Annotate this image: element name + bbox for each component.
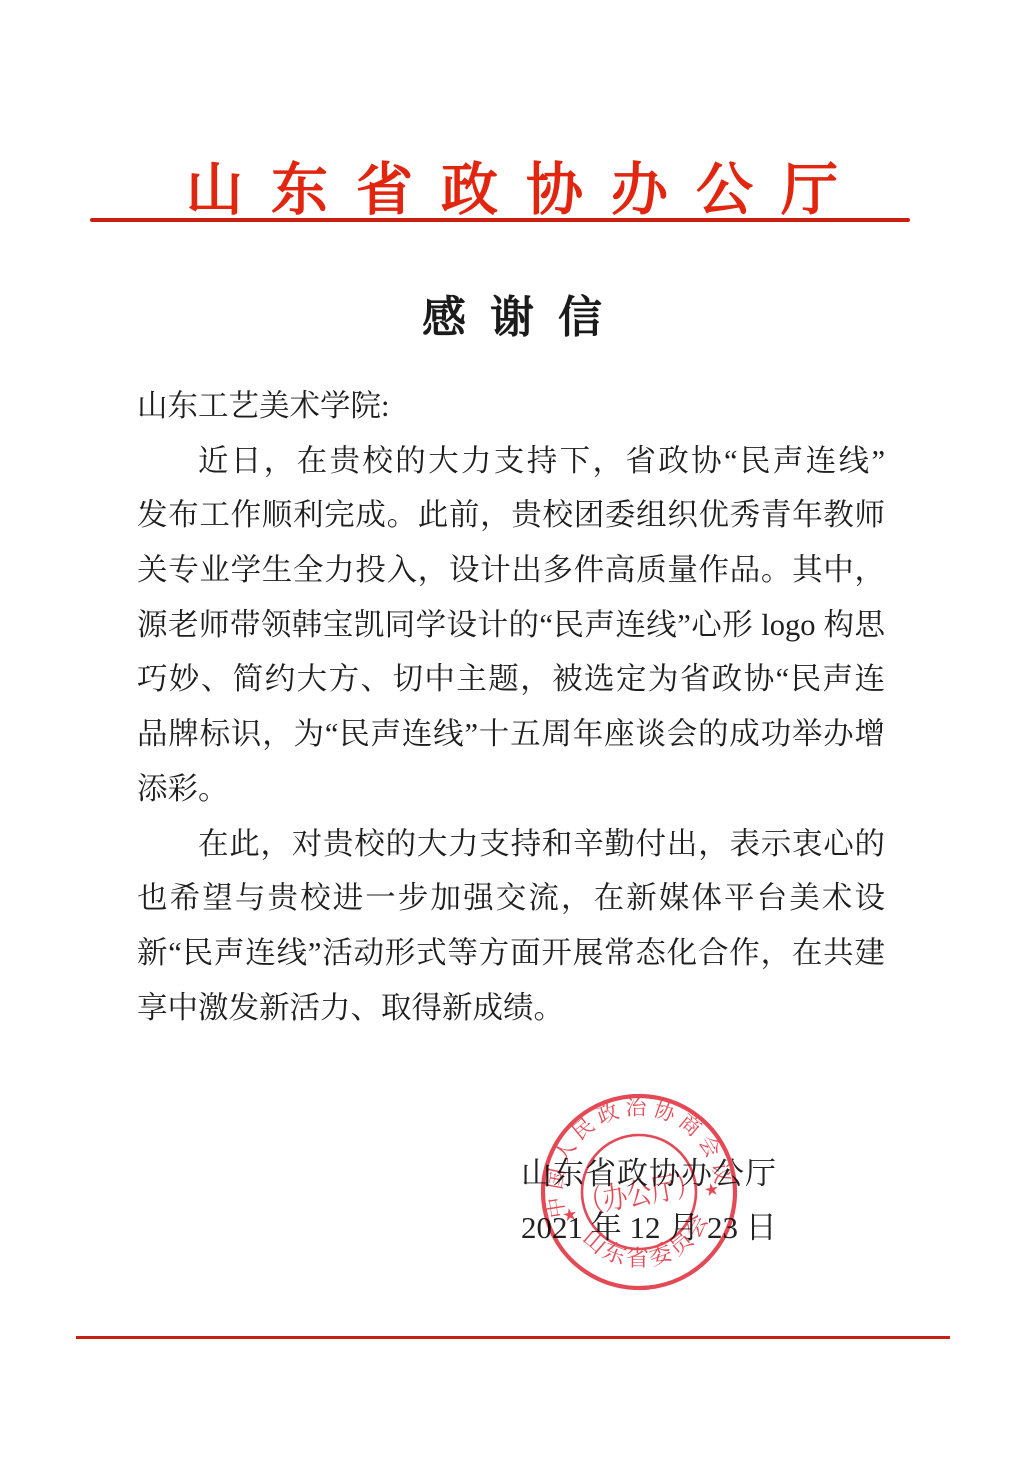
body-line: 源老师带领韩宝凯同学设计的“民声连线”心形 logo 构思 — [137, 598, 885, 653]
body-line: 享中激发新活力、取得新成绩。 — [137, 981, 885, 1036]
body-line: 新“民声连线”活动形式等方面开展常态化合作，在共建共 — [137, 926, 885, 981]
official-seal: 中国人民政治协商会议 山东省委员会 ★ ★ （办公厅） — [529, 1082, 749, 1302]
body-line: 在此，对贵校的大力支持和辛勤付出，表示衷心的感谢。 — [137, 817, 885, 872]
seal-star-left-icon: ★ — [561, 1204, 579, 1225]
org-header-title: 山东省政协办公厅 — [0, 144, 1024, 226]
header-rule — [90, 218, 910, 222]
seal-star-right-icon: ★ — [703, 1179, 721, 1200]
body-line: 发布工作顺利完成。此前，贵校团委组织优秀青年教师及相 — [137, 488, 885, 543]
body-line: 近日，在贵校的大力支持下，省政协“民声连线” logo — [137, 434, 885, 489]
letter-title: 感谢信 — [0, 281, 1024, 345]
body-line: 巧妙、简约大方、切中主题，被选定为省政协“民声连线” — [137, 652, 885, 707]
body-line: 品牌标识，为“民声连线”十五周年座谈会的成功举办增光 — [137, 707, 885, 762]
letter-body: 山东工艺美术学院: 近日，在贵校的大力支持下，省政协“民声连线” logo 发布… — [137, 379, 885, 1035]
bottom-rule — [76, 1336, 950, 1339]
salutation: 山东工艺美术学院: — [137, 379, 885, 434]
seal-center-text: （办公厅） — [576, 1166, 702, 1222]
body-line: 添彩。 — [137, 762, 885, 817]
body-line: 也希望与贵校进一步加强交流，在新媒体平台美术设计、创 — [137, 871, 885, 926]
letter-page: 山东省政协办公厅 感谢信 山东工艺美术学院: 近日，在贵校的大力支持下，省政协“… — [0, 0, 1024, 1472]
body-line: 关专业学生全力投入，设计出多件高质量作品。其中，张培 — [137, 543, 885, 598]
